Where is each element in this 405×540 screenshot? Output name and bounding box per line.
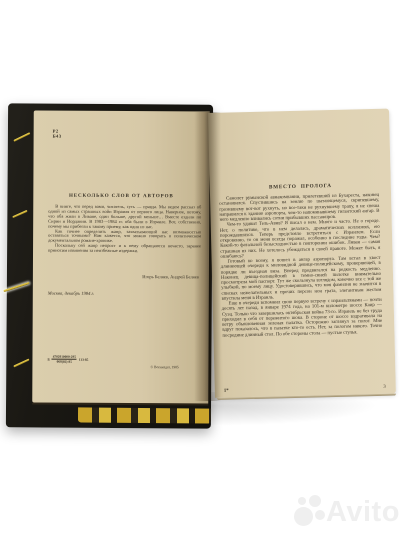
copyright-line: © Воениздат, 1985	[150, 365, 178, 369]
print-code-denominator: 068(02)-85	[52, 360, 77, 364]
prologue-heading: ВМЕСТО ПРОЛОГА	[210, 182, 391, 192]
left-page: Р2 Б43 НЕСКОЛЬКО СЛОВ ОТ АВТОРОВ В книге…	[32, 111, 210, 404]
prologue-paragraph: Еще в очереди вспомнил свою первую встре…	[222, 298, 383, 339]
authors-note-paragraph: Поскольку сей жанр непрост и к нему обра…	[48, 244, 201, 255]
authors-note-text: В книге, что перед вами, читатель, суть …	[48, 205, 201, 255]
authors-signature: Игорь Беляев, Андрей Беляев	[142, 274, 199, 279]
dust-jacket-edge	[78, 407, 211, 423]
authors-note-heading: НЕСКОЛЬКО СЛОВ ОТ АВТОРОВ	[33, 194, 209, 200]
page-footer: 1* 3	[224, 385, 386, 389]
prologue-paragraph: Самолет румынской авиакомпании, прилетев…	[219, 193, 380, 223]
book-photo: Р2 Б43 НЕСКОЛЬКО СЛОВ ОТ АВТОРОВ В книге…	[0, 0, 405, 540]
print-code-fraction: 4702010000-295 068(02)-85	[52, 355, 77, 365]
footer-signature-mark: 1*	[224, 389, 229, 394]
avito-watermark: Avito	[292, 489, 404, 535]
avito-logo-icon	[292, 492, 326, 532]
prologue-paragraph: Готовый ко всему, я вошел в ангар аэропо…	[221, 256, 382, 302]
avito-watermark-text: Avito	[326, 489, 400, 535]
authors-note-paragraph: В книге, что перед вами, читатель, суть …	[48, 205, 201, 230]
print-code: Б 4702010000-295 068(02)-85 113-85	[47, 355, 88, 365]
print-code-letter: Б	[47, 357, 49, 361]
print-code-suffix: 113-85	[79, 357, 88, 361]
stamp-line: Б43	[53, 134, 62, 139]
dateline: Москва, декабрь 1984 г.	[48, 291, 95, 296]
right-page: ВМЕСТО ПРОЛОГА Самолет румынской авиаком…	[208, 109, 396, 398]
library-stamp: Р2 Б43	[53, 129, 62, 140]
prologue-text: Самолет румынской авиакомпании, прилетев…	[219, 193, 382, 339]
prologue-paragraph: Чем-то удивит Тель-Авив? Я писал о нем. …	[220, 219, 381, 260]
page-number: 3	[383, 385, 386, 390]
